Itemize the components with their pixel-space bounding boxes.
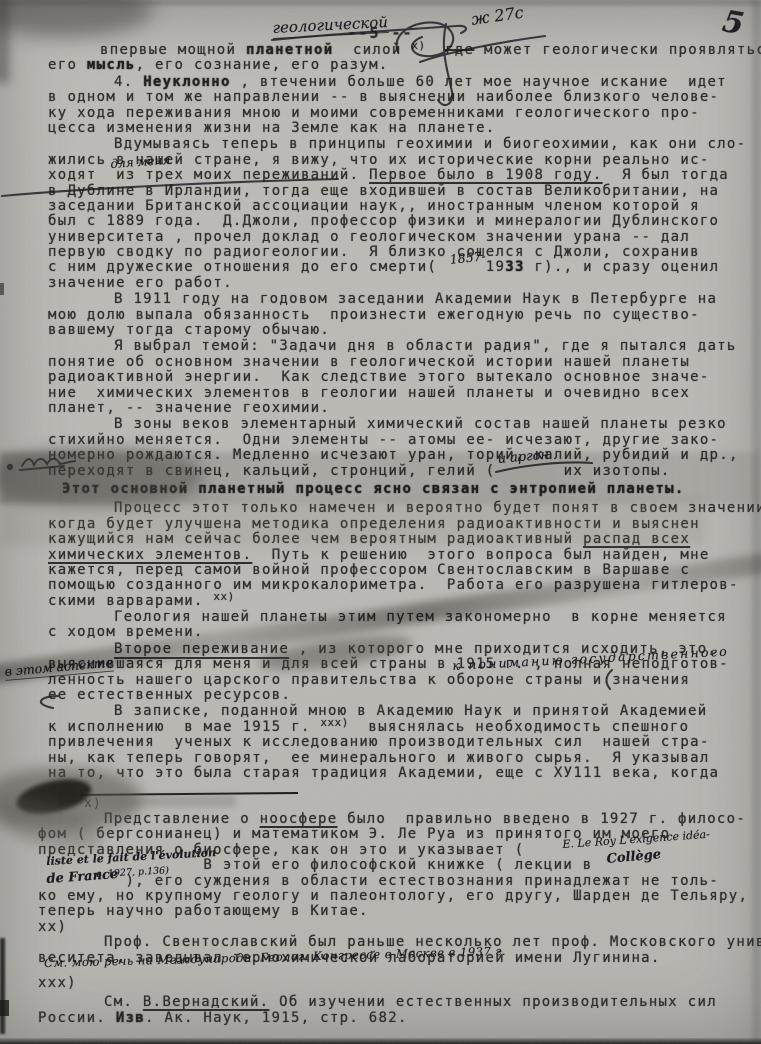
- typed-line: хх): [38, 920, 761, 935]
- stain-under-rule: [86, 795, 236, 807]
- typed-line: Процесс этот только намечен и вероятно б…: [48, 501, 761, 516]
- footnote-marker-x: х): [84, 796, 102, 811]
- scan-edge-left-tick: [0, 1000, 9, 1016]
- typed-line: с ним дружеские отношения до его смерти(…: [48, 260, 761, 275]
- typed-line: радиоактивной энергии. Как следствие это…: [48, 370, 761, 385]
- typed-line: теперь научно работающему в Китае.: [38, 904, 761, 919]
- typed-paragraph: впервые мощной планетной силой х) где мо…: [48, 43, 761, 74]
- typed-line: понятие об основном значении в геологиче…: [48, 355, 761, 370]
- typed-line: переходят в свинец, кальций, стронций, г…: [48, 464, 761, 479]
- typed-line: вавшему тогда старому обычаю.: [48, 323, 761, 338]
- typed-paragraph: См. В.Вернадский. Об изучении естественн…: [38, 995, 761, 1026]
- typed-line: впервые мощной планетной силой х) где мо…: [48, 43, 761, 58]
- typed-line: Этот основной планетный процесс ясно свя…: [48, 482, 761, 497]
- typed-paragraph: Процесс этот только намечен и вероятно б…: [48, 501, 761, 609]
- typed-line: См. В.Вернадский. Об изучении естественн…: [38, 995, 761, 1010]
- typed-line: В 1911 году на годовом заседании Академи…: [48, 292, 761, 307]
- typed-line: ние химических элементов в геологии наше…: [48, 386, 761, 401]
- typed-line: когда будет улучшена методика определени…: [48, 517, 761, 532]
- typed-line: мою долю выпала обязанность произнести е…: [48, 308, 761, 323]
- typed-line: ххх): [38, 976, 761, 991]
- typed-line: стихийно меняется. Одни элементы -- атом…: [48, 433, 761, 448]
- scan-edge-top: [0, 0, 761, 5]
- typed-line: В зоны веков элементарный химический сос…: [48, 417, 761, 432]
- typed-line: Геология нашей планеты этим путем законо…: [48, 610, 761, 625]
- typed-paragraph: В зоны веков элементарный химический сос…: [48, 417, 761, 479]
- typed-line: ку хода переживания мною и моими совреме…: [48, 106, 761, 121]
- typed-line: с ходом времени.: [48, 625, 761, 640]
- typed-line: Вдумываясь теперь в принципы геохимии и …: [48, 137, 761, 152]
- typed-paragraph: 4. Неуклонно , втечении больше 60 лет мо…: [48, 75, 761, 137]
- typed-line: ленность нашего царского правительства к…: [48, 673, 761, 688]
- typed-line: Я выбрал темой: "Задачи дня в области ра…: [48, 339, 761, 354]
- typed-paragraph: хх): [38, 920, 761, 935]
- typed-paragraph: ххх): [38, 976, 761, 991]
- typed-paragraph: В 1911 году на годовом заседании Академи…: [48, 292, 761, 338]
- typed-line: цесса изменения жизни на Земле как на пл…: [48, 121, 761, 136]
- typed-line: кажется, перед самой войной профессором …: [48, 563, 761, 578]
- typed-line: химических элементов. Путь к решению это…: [48, 548, 761, 563]
- typed-line: скими варварами. хх): [48, 594, 761, 609]
- typed-line: В записке, поданной мною в Академию Наук…: [48, 704, 761, 719]
- typed-line: России. Изв. Ак. Наук, 1915, стр. 682.: [38, 1011, 761, 1026]
- scan-edge-left-tick-mid: [0, 283, 4, 295]
- typed-line: номерно рождаются. Медленно исчезают ура…: [48, 448, 761, 463]
- typed-line: ее естественных ресурсов.: [48, 688, 761, 703]
- typed-paragraph: Этот основной планетный процесс ясно свя…: [48, 482, 761, 497]
- typed-line: помощью созданного им микрокалориметра. …: [48, 578, 761, 593]
- typed-paragraph: Я выбрал темой: "Задачи дня в области ра…: [48, 339, 761, 416]
- footnote-separator-rule: [80, 792, 298, 796]
- typed-line: ны, как теперь говорят, ее минерального …: [48, 751, 761, 766]
- typed-line: заседании Британской ассоциации наук,, и…: [48, 199, 761, 214]
- typed-line: планет, -- значение геохимии.: [48, 401, 761, 416]
- typed-line: кажущийся нам сейчас более чем вероятным…: [48, 532, 761, 547]
- scan-edge-bottom: [0, 1038, 761, 1044]
- ink-margin-dot: [7, 464, 13, 470]
- typed-line: в Дублине в Ирландии, тогда еще входивше…: [48, 184, 761, 199]
- typed-line: ходят из трех моих переживаний. Первое б…: [48, 168, 761, 183]
- typed-paragraph: В записке, поданной мною в Академию Наук…: [48, 704, 761, 781]
- typed-line: его мысль, его сознание, его разум.: [48, 58, 761, 73]
- typed-line: был с 1889 года. Д.Джоли, профессор физи…: [48, 214, 761, 229]
- typed-line: значение его работ.: [48, 276, 761, 291]
- typed-line: к исполнению в мае 1915 г. ххх) выясняла…: [48, 720, 761, 735]
- typed-line: 4. Неуклонно , втечении больше 60 лет мо…: [48, 75, 761, 90]
- typed-paragraph: Геология нашей планеты этим путем законо…: [48, 610, 761, 641]
- scan-edge-left-strip: [0, 938, 5, 1034]
- typed-line: привлечения ученых к исследованию произв…: [48, 735, 761, 750]
- typed-line: в одном и том же направлении -- в выясне…: [48, 90, 761, 105]
- typed-line: университета , прочел доклад о геологиче…: [48, 230, 761, 245]
- typed-line: на то, что это была старая традиция Акад…: [48, 766, 761, 781]
- scanned-document-page: --5 -- впервые мощной планетной силой х)…: [0, 0, 761, 1044]
